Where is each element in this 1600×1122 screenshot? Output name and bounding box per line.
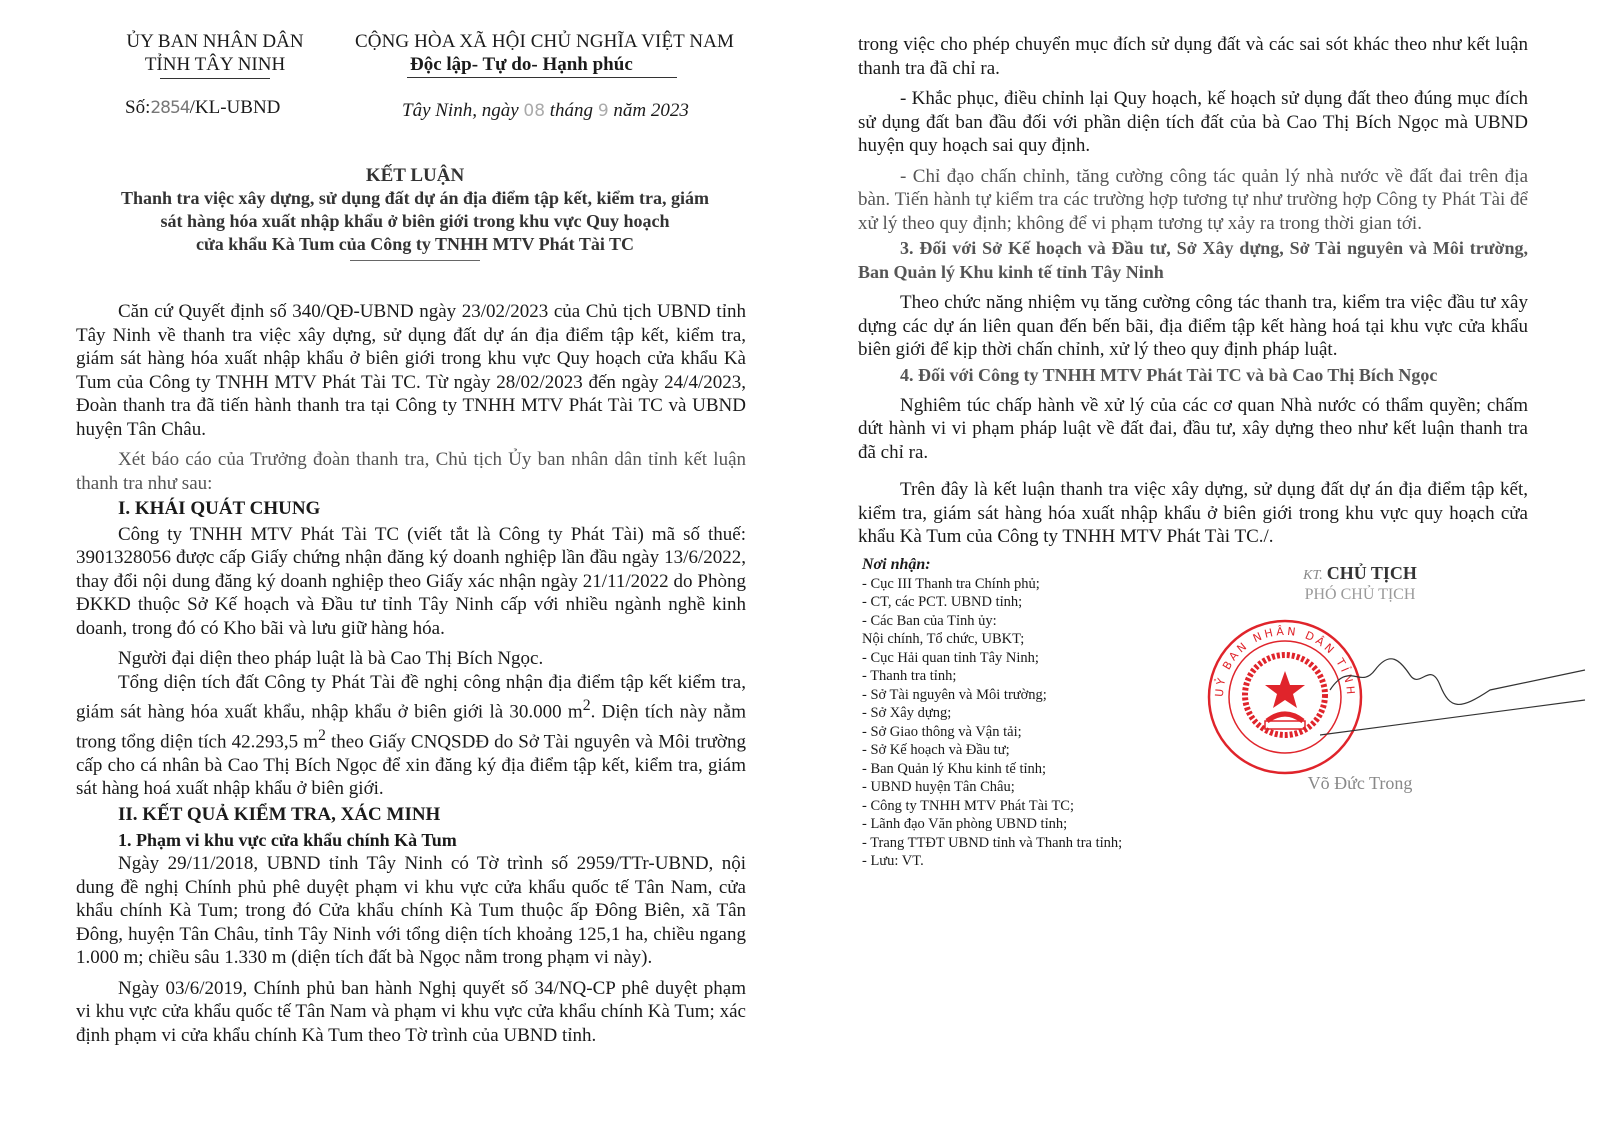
section-1-paragraph-3: Tổng diện tích đất Công ty Phát Tài đề n… — [76, 671, 746, 801]
recipient-item: - Lãnh đạo Văn phòng UBND tỉnh; — [862, 815, 1182, 834]
section-1-paragraph-2: Người đại diện theo pháp luật là bà Cao … — [76, 647, 746, 671]
subsection-4-title: 4. Đối với Công ty TNHH MTV Phát Tài TC … — [858, 363, 1528, 387]
national-header: CỘNG HÒA XÃ HỘI CHỦ NGHĨA VIỆT NAM Độc l… — [355, 30, 775, 78]
signature-block: KT.CHỦ TỊCH PHÓ CHỦ TỊCH Võ Đức Trong — [1230, 563, 1490, 604]
subsection-3-paragraph: Theo chức năng nhiệm vụ tăng cường công … — [858, 291, 1528, 362]
recipient-item: - Các Ban của Tỉnh ủy: — [862, 612, 1182, 631]
recipient-item: - UBND huyện Tân Châu; — [862, 778, 1182, 797]
recipients-list: Nơi nhận: - Cục III Thanh tra Chính phủ;… — [862, 556, 1182, 871]
day-handwritten: 08 — [523, 101, 545, 121]
intro-paragraph-2: Xét báo cáo của Trưởng đoàn thanh tra, C… — [76, 448, 746, 495]
section-1-title: I. KHÁI QUÁT CHUNG — [118, 497, 746, 521]
recipient-item: - Sở Xây dựng; — [862, 704, 1182, 723]
bullet-1: - Khắc phục, điều chỉnh lại Quy hoạch, k… — [858, 87, 1528, 158]
doc-number-suffix: /KL-UBND — [190, 97, 281, 118]
closing-paragraph: Trên đây là kết luận thanh tra việc xây … — [858, 478, 1528, 549]
superscript-2: 2 — [318, 727, 326, 744]
page-2: trong việc cho phép chuyển mục đích sử d… — [800, 0, 1600, 1122]
signer-subrole: PHÓ CHỦ TỊCH — [1230, 586, 1490, 604]
month-handwritten: 9 — [598, 101, 609, 121]
title-underline — [350, 260, 480, 261]
title-line-2: sát hàng hóa xuất nhập khẩu ở biên giới … — [75, 210, 755, 233]
recipient-item: - Cục Hải quan tỉnh Tây Ninh; — [862, 649, 1182, 668]
recipient-item: - Sở Giao thông và Vận tải; — [862, 723, 1182, 742]
title-line-1: Thanh tra việc xây dựng, sử dụng đất dự … — [75, 187, 755, 210]
nation-name: CỘNG HÒA XÃ HỘI CHỦ NGHĨA VIỆT NAM — [355, 31, 734, 52]
page-1-body: Căn cứ Quyết định số 340/QĐ-UBND ngày 23… — [76, 300, 746, 1047]
recipient-item: - Lưu: VT. — [862, 852, 1182, 871]
authority-name: ỦY BAN NHÂN DÂN — [126, 31, 303, 52]
bullet-2: - Chỉ đạo chấn chỉnh, tăng cường công tá… — [858, 165, 1528, 236]
title-line-3: cửa khẩu Kà Tum của Công ty TNHH MTV Phá… — [75, 233, 755, 256]
page-2-body: trong việc cho phép chuyển mục đích sử d… — [858, 33, 1528, 549]
continuation-paragraph: trong việc cho phép chuyển mục đích sử d… — [858, 33, 1528, 80]
section-2-title: II. KẾT QUẢ KIỂM TRA, XÁC MINH — [118, 803, 746, 827]
section-2-paragraph-1: Ngày 29/11/2018, UBND tỉnh Tây Ninh có T… — [76, 852, 746, 970]
document-title: KẾT LUẬN Thanh tra việc xây dựng, sử dụn… — [75, 164, 755, 261]
subsection-4-paragraph: Nghiêm túc chấp hành về xử lý của các cơ… — [858, 394, 1528, 465]
motto-underline — [407, 77, 677, 78]
authority-underline — [160, 78, 270, 79]
signer-role: KT.CHỦ TỊCH — [1230, 563, 1490, 584]
recipient-item: - Trang TTĐT UBND tỉnh và Thanh tra tỉnh… — [862, 834, 1182, 853]
recipients-items: - Cục III Thanh tra Chính phủ; - CT, các… — [862, 575, 1182, 871]
signer-role-text: CHỦ TỊCH — [1327, 563, 1417, 583]
doc-number-handwritten: 2854 — [150, 98, 189, 118]
recipient-item: - Ban Quản lý Khu kinh tế tỉnh; — [862, 760, 1182, 779]
intro-paragraph-1: Căn cứ Quyết định số 340/QĐ-UBND ngày 23… — [76, 300, 746, 441]
recipient-item: - Sở Tài nguyên và Môi trường; — [862, 686, 1182, 705]
recipient-item: Nội chính, Tổ chức, UBKT; — [862, 630, 1182, 649]
superscript-2: 2 — [583, 697, 591, 714]
kt-prefix: KT. — [1303, 568, 1323, 583]
signature-scribble-icon — [1320, 630, 1590, 740]
recipient-item: - CT, các PCT. UBND tỉnh; — [862, 593, 1182, 612]
section-1-paragraph-1: Công ty TNHH MTV Phát Tài TC (viết tắt l… — [76, 523, 746, 641]
recipient-item: - Sở Kế hoạch và Đầu tư; — [862, 741, 1182, 760]
section-2-subheading-1: 1. Phạm vi khu vực cửa khẩu chính Kà Tum — [76, 828, 746, 852]
page-1: ỦY BAN NHÂN DÂN TỈNH TÂY NINH CỘNG HÒA X… — [0, 0, 800, 1122]
subsection-3-title: 3. Đối với Sở Kế hoạch và Đầu tư, Sở Xây… — [858, 236, 1528, 284]
year-text: năm 2023 — [613, 100, 688, 121]
doc-number-prefix: Số: — [125, 97, 150, 118]
recipient-item: - Công ty TNHH MTV Phát Tài TC; — [862, 797, 1182, 816]
section-2-paragraph-2: Ngày 03/6/2019, Chính phủ ban hành Nghị … — [76, 977, 746, 1048]
title-heading: KẾT LUẬN — [75, 164, 755, 187]
place-date: Tây Ninh, ngày 08 tháng 9 năm 2023 — [402, 100, 689, 122]
recipients-title: Nơi nhận: — [862, 556, 1182, 575]
place-date-prefix: Tây Ninh, ngày — [402, 100, 519, 121]
national-motto: Độc lập- Tự do- Hạnh phúc — [355, 53, 775, 76]
issuing-authority: ỦY BAN NHÂN DÂN TỈNH TÂY NINH — [100, 30, 330, 79]
authority-province: TỈNH TÂY NINH — [100, 53, 330, 76]
recipient-item: - Thanh tra tỉnh; — [862, 667, 1182, 686]
document-number: Số:2854/KL-UBND — [125, 97, 280, 119]
recipient-item: - Cục III Thanh tra Chính phủ; — [862, 575, 1182, 594]
month-label: tháng — [550, 100, 593, 121]
